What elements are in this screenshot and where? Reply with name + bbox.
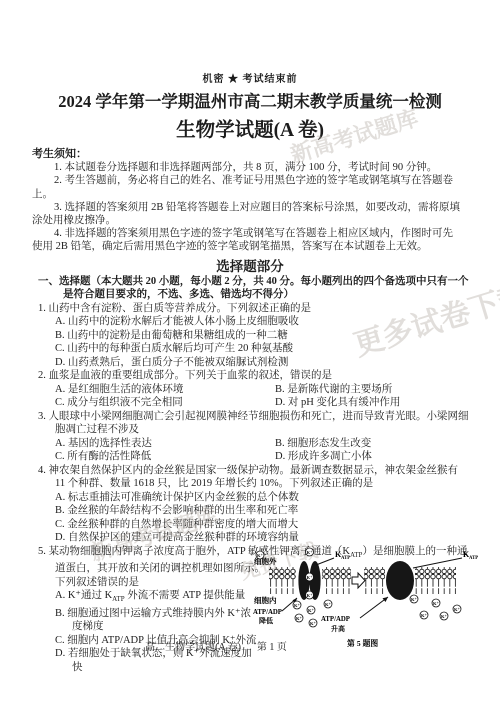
channel-closed-blob [386,561,414,600]
notice-item-2-cont: 上。 [32,188,472,201]
question-4-stem: 4. 神农架自然保护区内的金丝猴是国家一级保护动物。最新调查数据显示，神农架金丝… [38,464,500,478]
footer-page-number: 第 1 页 [249,642,295,653]
question-2-option-d: D. 对 pH 变化具有缓冲作用 [275,396,400,410]
k-ion: K⁺ [421,612,428,617]
notice-item-3-cont: 涂处用橡皮擦净。 [32,214,472,227]
section-instructions: 一、选择题（本大题共 20 小题，每小题 2 分，共 40 分。每小题列出的四个… [0,275,500,302]
katp-label-left: K ATP [316,550,350,565]
question-3-option-c: C. 所有酶的活性降低 [55,450,275,464]
question-3-stem-cont: 胞凋亡过程不涉及 [55,423,500,437]
question-4-option-b: B. 金丝猴的年龄结构不会影响种群的出生率和死亡率 [55,504,500,518]
question-3-stem: 3. 人眼球中小梁网细胞凋亡会引起视网膜神经节细胞损伤和死亡，进而导致青光眼。小… [38,410,500,424]
k-ion: K⁺ [257,552,264,557]
page-footer: 高二生物学试题(A 卷)第 1 页 [0,638,432,653]
transition-arrow-icon [352,573,365,588]
instruction-line-2: 是符合题目要求的，不选、多选、错选均不得分） [63,288,500,302]
question-1: 1. 山药中含有淀粉、蛋白质等营养成分。下列叙述正确的是 A. 山药中的淀粉水解… [0,302,500,370]
question-1-option-a: A. 山药中的淀粉水解后才能被人体小肠上皮细胞吸收 [55,315,500,329]
notice-item-2: 2. 考生答题前，务必将自己的姓名、准考证号用黑色字迹的签字笔或钢笔填写在答题卷 [32,174,472,187]
intracellular-label: 细胞内 [254,595,277,605]
katp-label-right: K ATP [413,550,478,568]
questions-area: 1. 山药中含有淀粉、蛋白质等营养成分。下列叙述正确的是 A. 山药中的淀粉水解… [0,302,500,675]
security-classification-line: 机密 ★ 考试结束前 [0,70,500,85]
instruction-line-1: 一、选择题（本大题共 20 小题，每小题 2 分，共 40 分。每小题列出的四个… [38,275,500,289]
question-1-option-c: C. 山药中的每种蛋白质水解后均可产生 20 种氨基酸 [55,342,500,356]
paper-header: 机密 ★ 考试结束前 2024 学年第一学期温州市高二期末教学质量统一检测 生物… [0,0,500,142]
k-ion: K⁺ [454,606,461,611]
question-2-stem: 2. 血浆是血液的重要组成部分。下列关于血浆的叙述，错误的是 [38,369,500,383]
membrane-right [364,560,456,601]
notice-item-4-cont: 使用 2B 铅笔，确定后需用黑色字迹的签字笔或钢笔描黑，答案写在本试题卷上无效。 [32,240,472,253]
question-3-option-d: D. 形成许多凋亡小体 [275,450,372,464]
notices-heading: 考生须知： [32,148,472,161]
paper-subtitle: 生物学试题(A 卷) [0,114,500,142]
k-ion: K⁺ [307,592,314,597]
potassium-ions-right: K⁺ K⁺ K⁺ K⁺ K⁺ [410,595,461,620]
question-4-option-d: D. 自然保护区的建立可提高金丝猴种群的环境容纳量 [55,531,500,545]
k-ion: K⁺ [325,601,332,606]
k-ion: K⁺ [441,613,448,618]
question-4: 4. 神农架自然保护区内的金丝猴是国家一级保护动物。最新调查数据显示，神农架金丝… [0,464,500,545]
k-ion: K⁺ [307,574,314,579]
question-2-option-c: C. 成分与组织液不完全相同 [55,396,275,410]
notice-item-3: 3. 选择题的答案须用 2B 铅笔将答题卷上对应题目的答案标号涂黑，如要改动，需… [32,201,472,214]
notice-item-4: 4. 非选择题的答案须用黑色字迹的签字笔或钢笔写在答题卷上相应区域内，作图时可先 [32,227,472,240]
k-ion: K⁺ [411,596,418,601]
svg-text:ATP/ADP: ATP/ADP [321,616,350,623]
question-1-option-b: B. 山药中的淀粉是由葡萄糖和果糖组成的一种二糖 [55,329,500,343]
question-2-option-b: B. 是新陈代谢的主要场所 [275,383,392,397]
svg-text:降低: 降低 [259,616,274,625]
question-5: 5. 某动物细胞胞内钾离子浓度高于胞外，ATP 敏感性钾离子通道（KATP）是细… [0,545,500,675]
katp-subscript: ATP [112,595,124,603]
k-ion: K⁺ [308,607,315,612]
notice-item-1: 1. 本试题卷分选择题和非选择题两部分，共 8 页，满分 100 分，考试时间 … [32,161,472,174]
k-ion: K⁺ [296,615,303,620]
question-4-stem-cont: 11 个种群、数量 1618 只，比 2019 年增长约 10%。下列叙述正确的… [55,477,500,491]
question-3-option-b: B. 细胞形态发生改变 [275,437,371,451]
question-3: 3. 人眼球中小梁网细胞凋亡会引起视网膜神经节细胞损伤和死亡，进而导致青光眼。小… [0,410,500,464]
section-title-choice-part: 选择题部分 [0,259,500,275]
exam-title: 2024 学年第一学期温州市高二期末教学质量统一检测 [0,88,500,112]
question-1-stem: 1. 山药中含有淀粉、蛋白质等营养成分。下列叙述正确的是 [38,302,500,316]
question-1-option-d: D. 山药煮熟后，蛋白质分子不能被双缩脲试剂检测 [55,356,500,370]
footer-paper-name: 高二生物学试题(A 卷) [137,642,249,653]
question-3-option-a: A. 基因的选择性表达 [55,437,275,451]
option-a-text: A. K⁺通过 K [55,590,112,601]
k-ion: K⁺ [433,600,440,605]
svg-text:ATP/ADP: ATP/ADP [253,609,282,616]
svg-text:升高: 升高 [331,624,345,633]
svg-text:ATP: ATP [341,556,350,561]
option-a-text: 外流不需要 ATP 提供能量 [125,590,246,601]
question-5-option-d-cont: 快 [72,661,500,675]
question-2-option-a: A. 是红细胞生活的液体环境 [55,383,275,397]
exam-paper-page: 新高考试题库 更多试卷下载 新高考试题库 免费下载 机密 ★ 考试结束前 202… [0,0,500,707]
k-ion: K⁺ [294,602,301,607]
question-4-option-c: C. 金丝猴种群的自然增长率随种群密度的增大而增大 [55,518,500,532]
k-ion: K⁺ [310,620,317,625]
candidate-notices: 考生须知： 1. 本试题卷分选择题和非选择题两部分，共 8 页，满分 100 分… [32,148,472,254]
k-ion: K⁺ [307,549,314,554]
question-2: 2. 血浆是血液的重要组成部分。下列关于血浆的叙述，错误的是 A. 是红细胞生活… [0,369,500,410]
svg-text:ATP: ATP [469,556,478,561]
question-4-option-a: A. 标志重捕法可准确统计保护区内金丝猴的总个体数 [55,491,500,505]
